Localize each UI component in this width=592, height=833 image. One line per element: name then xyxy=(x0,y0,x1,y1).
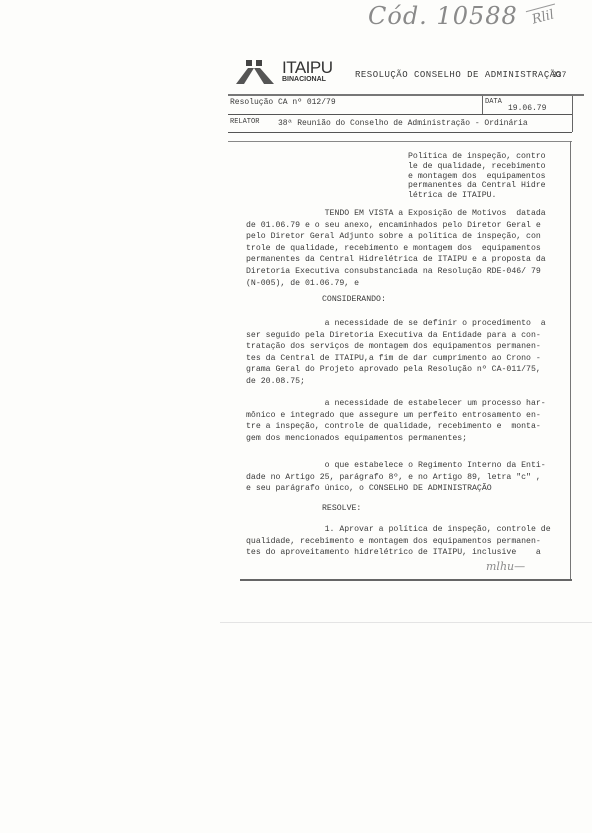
body-top-rule xyxy=(228,141,572,142)
logo-name: ITAIPU xyxy=(282,58,333,78)
logo-subtitle: BINACIONAL xyxy=(282,76,326,83)
form-bottom-rule xyxy=(228,132,572,133)
paragraph-tendo-em-vista: TENDO EM VISTA a Exposição de Motivos da… xyxy=(246,208,546,289)
itaipu-logo-icon xyxy=(236,60,276,84)
date-value: 19.06.79 xyxy=(508,104,546,113)
relator-label: RELATOR xyxy=(230,118,259,126)
archive-code-annotation: Cód. 10588 xyxy=(368,2,518,30)
itaipu-logo: ITAIPU BINACIONAL xyxy=(236,58,346,88)
form-row-divider xyxy=(228,114,572,115)
resolution-number: Resolução CA nº 012/79 xyxy=(230,98,336,107)
header-rule xyxy=(228,94,584,96)
date-label: DATA xyxy=(485,98,502,106)
right-margin-line xyxy=(570,141,571,581)
faint-scan-line xyxy=(220,622,592,623)
signature-initials: mlhu— xyxy=(486,560,525,573)
resolution-subject: Política de inspeção, contro le de quali… xyxy=(408,152,546,201)
meeting-description: 38ª Reunião do Conselho de Administração… xyxy=(278,119,528,128)
paragraph-considerando-3: o que estabelece o Regimento Interno da … xyxy=(246,460,546,495)
page-number: 337 xyxy=(552,71,566,80)
paragraph-considerando-2: a necessidade de estabelecer um processo… xyxy=(246,398,546,444)
bottom-rule xyxy=(240,579,572,581)
considerando-heading: CONSIDERANDO: xyxy=(322,294,386,306)
form-right-border xyxy=(572,96,573,132)
resolve-heading: RESOLVE: xyxy=(322,503,361,515)
resolution-item-1: 1. Aprovar a política de inspeção, contr… xyxy=(246,524,551,559)
date-divider xyxy=(482,96,483,114)
paragraph-considerando-1: a necessidade de se definir o procedimen… xyxy=(246,318,546,388)
initials-annotation: Rlil xyxy=(530,7,555,27)
document-title: RESOLUÇÃO CONSELHO DE ADMINISTRAÇÃO xyxy=(355,70,562,80)
